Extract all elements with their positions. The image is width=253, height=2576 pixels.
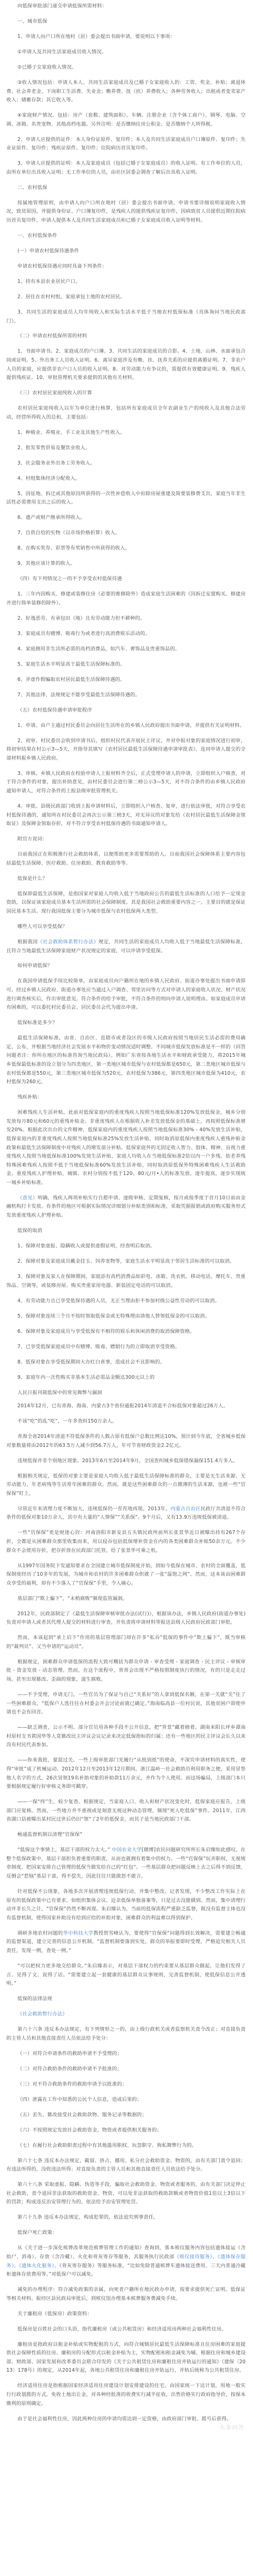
paragraph: 一、城市低保 [6,17,246,26]
paragraph: 7、已享受低保家庭成员中有赌博、吸毒、嫖娼行为的立即取消享受资格。 [6,1343,246,1352]
paragraph-list: 向低保审批部门递交申请低保所需材料：一、城市低保1、申请人向户口所在地村（居）委… [6,2,246,2423]
paragraph: 最低生活保障标准，由省、自治区、直辖市或者设区的市级人民政府按照当地居民生活必需… [6,1034,246,1087]
paragraph: 从《关于进一步深化殡葬改革规范殡葬管理工作的通知》查询到，基本殡仪服务内容包括遗… [6,2244,246,2279]
paragraph: 第六十八条 采取虚报、隐瞒、伪造等手段，骗取社会救助资金、物资或者服务的，由有关… [6,2181,246,2207]
paragraph: 1、三年内因购买、修建或装修住房（必要的维修除外）造成家庭生活困难的（因拆迁安置… [6,590,246,608]
paragraph: “可以把权力更多地交给群众。”朱启臻表示，对基层干部权力的约束要从基层群众做起，… [6,1962,246,1988]
paragraph: 减免的办理程序：符合减免政策的亲属，向死者户籍所在地民政办申请，按要求提供死亡证… [6,2286,246,2303]
paragraph: ①申请人及共同生活家庭成员收入情况。 [6,48,246,57]
paragraph: 根据相关规定，低保的对象主要是家庭人均收入低于最低生活保障标准的群众，主要是无生… [6,1472,246,1499]
paragraph: 廉租房是指政府以租金补贴或实物配租的方式，向符合城镇居民最低生活保障标准且住房困… [6,2341,246,2375]
separator: 、 [212,2254,218,2260]
paragraph: 第六十六条 违反本办法规定，有下列情形之一的，由上级行政机关或者监察机关责令改正… [6,2025,246,2043]
paragraph: 5、家庭生活水平明显高于最低生活保障标准的。 [6,660,246,669]
paragraph: 残疾补贴： [6,1093,246,1102]
paragraph: 1、种植业、养殖业、手工业及其他生产性收入。 [6,429,246,438]
paragraph: 青海全省2014年清退不符低保条件的人数占原有低保户总数比例达10%。预计到今年… [6,1433,246,1450]
paragraph: 4、家庭拥用非生活所必需的高档消费品，如汽车、奢饰品及贵重饰品的。 [6,645,246,654]
paragraph: 低保即最低生活保障，是指国家对家庭人均收入低于当地政府公告的最低生活标准的人口给… [6,890,246,916]
paragraph: 然而，本该起到“承上启下”作用的基层管理部门却在许多“私吞”低保的事件中“欺上骗… [6,1634,246,1651]
paragraph: 一、农村低保条件 [6,232,246,241]
paragraph: 一些“官保保”更是财迷心窍：河南洛阳市新安县五头镇民政所前所长张景华近日被曝出持… [6,1529,246,1555]
paragraph: 困难残疾人生活补贴，此前对低保家庭内的重度残疾人按照当地低保标准120%发放低保… [6,1109,246,1187]
paragraph: （五）丢失、篡改接受社会救助款物、服务记录等数据的； [6,2111,246,2120]
paragraph: 5、因征地、拆迁或其他原因所获得的一次性补偿收入中扣除房屋重建及简要装修费支出，… [6,490,246,507]
paragraph: 如何申请低保？ [6,962,246,971]
paragraph-text: 调研多地农村问题的 [17,1930,63,1936]
paragraph: 2014年12月，已有青海、海南、内蒙古3个省份通报2014年清退不合标低保对象… [6,1402,246,1411]
paragraph: （七）在履行社会救助职责过程中有其他滥用职权、玩忽职守、徇私舞弊行为的。 [6,2142,246,2151]
paragraph: 2、申请人应提供的证件：本人身份证原件、复印件；本人及共同生活家庭成员户口簿原件… [6,136,246,153]
paragraph: “低保这个事情上，基层干部的权力太大。” 中国农业大学[微博]农民问题研究所所长… [6,1846,246,1881]
paragraph: 6、遗产或财产继承所得收入。 [6,514,246,523]
paragraph: 3、共同生活的家庭成员人均年纯收入和实际生活水平低于当地农村低保标准（具体询问当… [6,308,246,326]
paragraph: 3、审核。乡镇人民政府在校验申请人上报材料齐全后，正式受理申请人的申请，立即组织… [6,770,246,796]
paragraph: ——一保“终”生，较少复查。根据规定，当家庭人口、收入和财产状况变化时，低保家庭… [6,1798,246,1824]
paragraph: 按属地管理原则，由申请人向户口所在地村（居）委会提出书面申请，申请书要详细说明家… [6,199,246,225]
paragraph: 第六十七条 违反本办法规定，截留、挤占、挪用、私分社会救助资金、物资的，由有关部… [6,2157,246,2174]
paragraph: ——不予受理，申请无门。一些官员为了保证与自己“关系好”的人拿到低保名额，在第一… [6,1691,246,1717]
paragraph: 4、审批。县级民政部门收到上报申请材料后，立即组织入户核查、复审，进行依法审批，… [6,802,246,829]
paragraph: 1、保障对象虚报、隐瞒收入或提供虚假证明，经查明后取消。 [6,1242,246,1251]
inline-link[interactable]: 内蒙古自治区 [170,1506,200,1512]
paragraph: （四）泄露在工作中知悉的公民个人信息，造成后果的； [6,2096,246,2105]
paragraph: 低保户死亡政策： [6,2229,246,2238]
paragraph: 4、村组集体经济分配收入。 [6,475,246,484]
paragraph: 关于廉租房（低保房）政策资料： [6,2310,246,2319]
paragraph: 3、家庭成员有赌博、吸毒行为或者进行高消费娱乐活动的。 [6,630,246,639]
paragraph: 经济适用住房是指根据国家经济适用住房建设计划安排建设的住宅。由国家统一下达计划，… [6,2382,246,2408]
paragraph: 在我国申请低保手续比较简单，由家庭成员向户籍所在地的乡镇人民政府、街道办事处提出… [6,977,246,1012]
paragraph: 9、其他应该计算的收入。 [6,560,246,569]
paragraph: 第六十九条 违反本办法规定，构成犯罪的，依法追究刑事责任。 [6,2213,246,2222]
paragraph-text: “低保这个事情上，基层干部的权力太大。” [17,1847,112,1853]
paragraph: 1、持有本县农业居民户口。 [6,278,246,287]
paragraph: 尽管近年来清理力度不断加大，违规低保仍一茬茬地再现。2013年，内蒙古自治区民政… [6,1505,246,1522]
paragraph: 3、申请人应提供的证明：本人及家庭成员（包括已婚子女家庭成员）的收入证明。有工作… [6,159,246,177]
inline-link[interactable]: 《意见》 [17,1195,37,1201]
paragraph: 3、保障对象及家人在保障期间，家庭添有高档消费品如彩电、冰箱、洗衣机、移动电话、… [6,1273,246,1290]
paragraph: 2、居住在农村村组，家庭承包土地的农村居民。 [6,293,246,302]
paragraph: （四）有下列情况之一的不予享受农村低保待遇 [6,575,246,584]
paragraph: 4、有劳动能力且已享受低保待遇的人员，无正当理由拒不参加村级公益性劳动的可以取消… [6,1297,246,1306]
paragraph: 附官方说词： [6,835,246,844]
paragraph: 7、其他法律、法规规定不能享受最低生活保障待遇的。 [6,691,246,700]
paragraph: 人民日报刊载低保中的常见舞弊与漏洞 [6,1389,246,1398]
paragraph: 9、家庭年内一次性购买非基本生活必需品金额达300元以上的 [6,1374,246,1382]
paragraph: 低保房是百姓社会的口头语，指代廉租房（或公共租赁房）和经济适用房两种社会福利性住… [6,2325,246,2334]
paragraph: (一）申请农村低保待遇条件 [6,247,246,256]
paragraph: 申请农村低保待遇应同时具备下列条件： [6,262,246,271]
paragraph: 3、社会服务业外出务工劳务收入。 [6,459,246,468]
paragraph: ——缺乏调查，公示不明。部分官员用各种手段不公开信息，把“背景”藏着掖着。湖南耒… [6,1723,246,1750]
paragraph: 8、在购买奖券、彩票等有奖销售中所获得的收入。 [6,544,246,553]
paragraph: 二、农村低保 [6,184,246,193]
paragraph: 基层部门“欺上骗下”，“末梢腐败”频现监管漏洞。 [6,1595,246,1604]
paragraph: 5、保障对象连续三个月不按时领取低保金或无特殊理由请他人替领低保金的可以取消。 [6,1312,246,1321]
paragraph: 针对低保不公现象，各地多次开展清理违规低保行动，并集中整改。记者发现，不少整改工… [6,1888,246,1922]
inline-link[interactable]: 《社会救助体系暂行办法》 [38,939,99,945]
separator: 、 [14,2263,19,2269]
watermark: 头条问答 [219,2423,245,2431]
paragraph: ④家庭财产情况。包括：房产（套数、建筑面积）、车辆、注册企业（含个体工商户）、钢… [6,111,246,129]
paragraph: 根据我国《社会救助体系暂行办法》规定，共同生活的家庭成员人均收入低于当地最低生活… [6,938,246,955]
paragraph: （三）对不符合救助条件的救助申请予以批准的； [6,2080,246,2089]
paragraph: 2、好逸恶劳，有承包田（地）且有劳动能力但不耕种的。 [6,614,246,623]
paragraph: （六）不按照规定发放社会救助资金、物资或者提供相关服务的； [6,2126,246,2135]
inline-link[interactable]: 《遗体火化服务》 [19,2263,54,2269]
article-body: 向低保审批部门递交申请低保所需材料：一、城市低保1、申请人向户口所在地村（居）委… [0,0,253,2435]
paragraph: 1、书面申请书。2、家庭成员的户口簿。3、共同生活的家庭成员的合影。4、土地、山… [6,347,246,382]
paragraph: 7、自供自给的实物（以市场价格折算）收入。 [6,529,246,538]
paragraph: ——你来我批，蒙混过关。一些上级审批部门光履行“从纸到纸”的使命，不深究申请材料… [6,1756,246,1791]
paragraph: ②已婚子女家庭收入情况。 [6,63,246,72]
paragraph: 目前我国正在积极推行社会救助体系，以便帮助更多需要帮助的人。目前我国社会保障体系… [6,850,246,868]
paragraph: 2、批发零售贸易及餐饮业收入。 [6,444,246,453]
paragraph: 低保标准是多少？ [6,1019,246,1028]
paragraph: （一）对符合申请条件的救助申请不予受理的； [6,2050,246,2059]
paragraph: （二）申请农村低保所需的材料 [6,332,246,341]
paragraph: ③收入情况包括：申请人本人、共同生活家庭成员及已婚子女家庭收入的：工资、奖金、补… [6,79,246,105]
paragraph: （二）对符合救助条件的救助申请不予批准的； [6,2065,246,2074]
paragraph: 1、申请人向户口所在地村（居）委会提出书面申请，要说明以下事项： [6,33,246,42]
paragraph: 哪些人可以享受低保？ [6,923,246,932]
paragraph: 违规低保并非个别地区现象。2013年6月至2014年9月，全国查纠城乡低保错保漏… [6,1457,246,1466]
inline-link[interactable]: 华中科技大学 [63,1930,94,1936]
paragraph: 2、保障对象及家庭成员戴金挂玉、饲养宠物等，家庭生活水平明显高于邻居生活标准的可… [6,1257,246,1266]
paragraph: 8、低保对象在享受低保期间大办红白喜事，造成社会不良影响的。 [6,1358,246,1367]
paragraph: 《社会救助暂行办法》 [6,2010,246,2019]
paragraph: 调研多地农村问题的华中科技大学教授贺雪峰认为，要使得“官保保”问题得到长效解决，… [6,1929,246,1956]
paragraph-text: 根据我国 [17,939,38,945]
paragraph: 低保是什么？ [6,875,246,884]
inline-link[interactable]: 《殡仪接待服务》 [174,2254,213,2260]
paragraph: 6、保障对象及家庭成员与享受低保有不相符的娱乐和休闲消费的取消保障资格。 [6,1328,246,1337]
paragraph: 6、弄虚作假骗取农村居民最低生活保障待遇的。 [6,676,246,685]
paragraph-text: 尽管近年来清理力度不断加大，违规低保仍一茬茬地再现。2013年， [17,1506,170,1512]
paragraph: 1、申请。由户主通过村民委员会向居住生活所在的乡镇人民政府提出书面申请，并提供有… [6,722,246,731]
paragraph: 畅通监督机制以清理“官保保” [6,1831,246,1840]
inline-link[interactable]: 《社会救助暂行办法》 [17,2011,67,2017]
paragraph: 低保的取消 [6,1227,246,1236]
paragraph: 根据规定，困难群众申请低保的流程大致可概括为群众申请 - 审查受理 - 家庭调查… [6,1658,246,1684]
paragraph: 向低保审批部门递交申请低保所需材料： [6,2,246,11]
paragraph: 不该“吃”的乱“吃”，一年多查纠150万余人。 [6,1417,246,1426]
paragraph: 由于是社会福利性住房，因此两种住房的申请均需达到一定资格，由政府部门审批、摇号后… [6,2415,246,2424]
paragraph: 农村居民家庭纯收入以年为单位进行核算，包括所有家庭成员全年农副业生产的纯收入及其… [6,404,246,422]
paragraph: 《意见》明确，残疾人两项补贴实行自愿申请、逐级审核、定期复核，按月或按季度于首月… [6,1194,246,1220]
paragraph: 2012年，民政部制定了《最低生活保障审核审批办法(试行)》，根据该办法，乡镇人… [6,1610,246,1627]
paragraph: 低保的法律法规 [6,1995,246,2004]
paragraph-text: 明确，残疾人两项补贴实行自愿申请、逐级审核、定期复核，按月或按季度于首月10日前… [6,1195,246,1218]
paragraph: 2、初审。村民委员会收到申请书后，组织村民代表开展民主评议，并对申报对象的家庭情… [6,737,246,763]
paragraph: （五）农村低保待遇申请审批程序 [6,706,246,715]
paragraph: （三）农村居民家庭纯收入的计算 [6,389,246,398]
inline-link[interactable]: 中国农业大学 [112,1847,142,1853]
paragraph: 从1997年国务院下发通知要求在全国建立城市低保制度开始，到如今低保在城市、农村… [6,1562,246,1588]
